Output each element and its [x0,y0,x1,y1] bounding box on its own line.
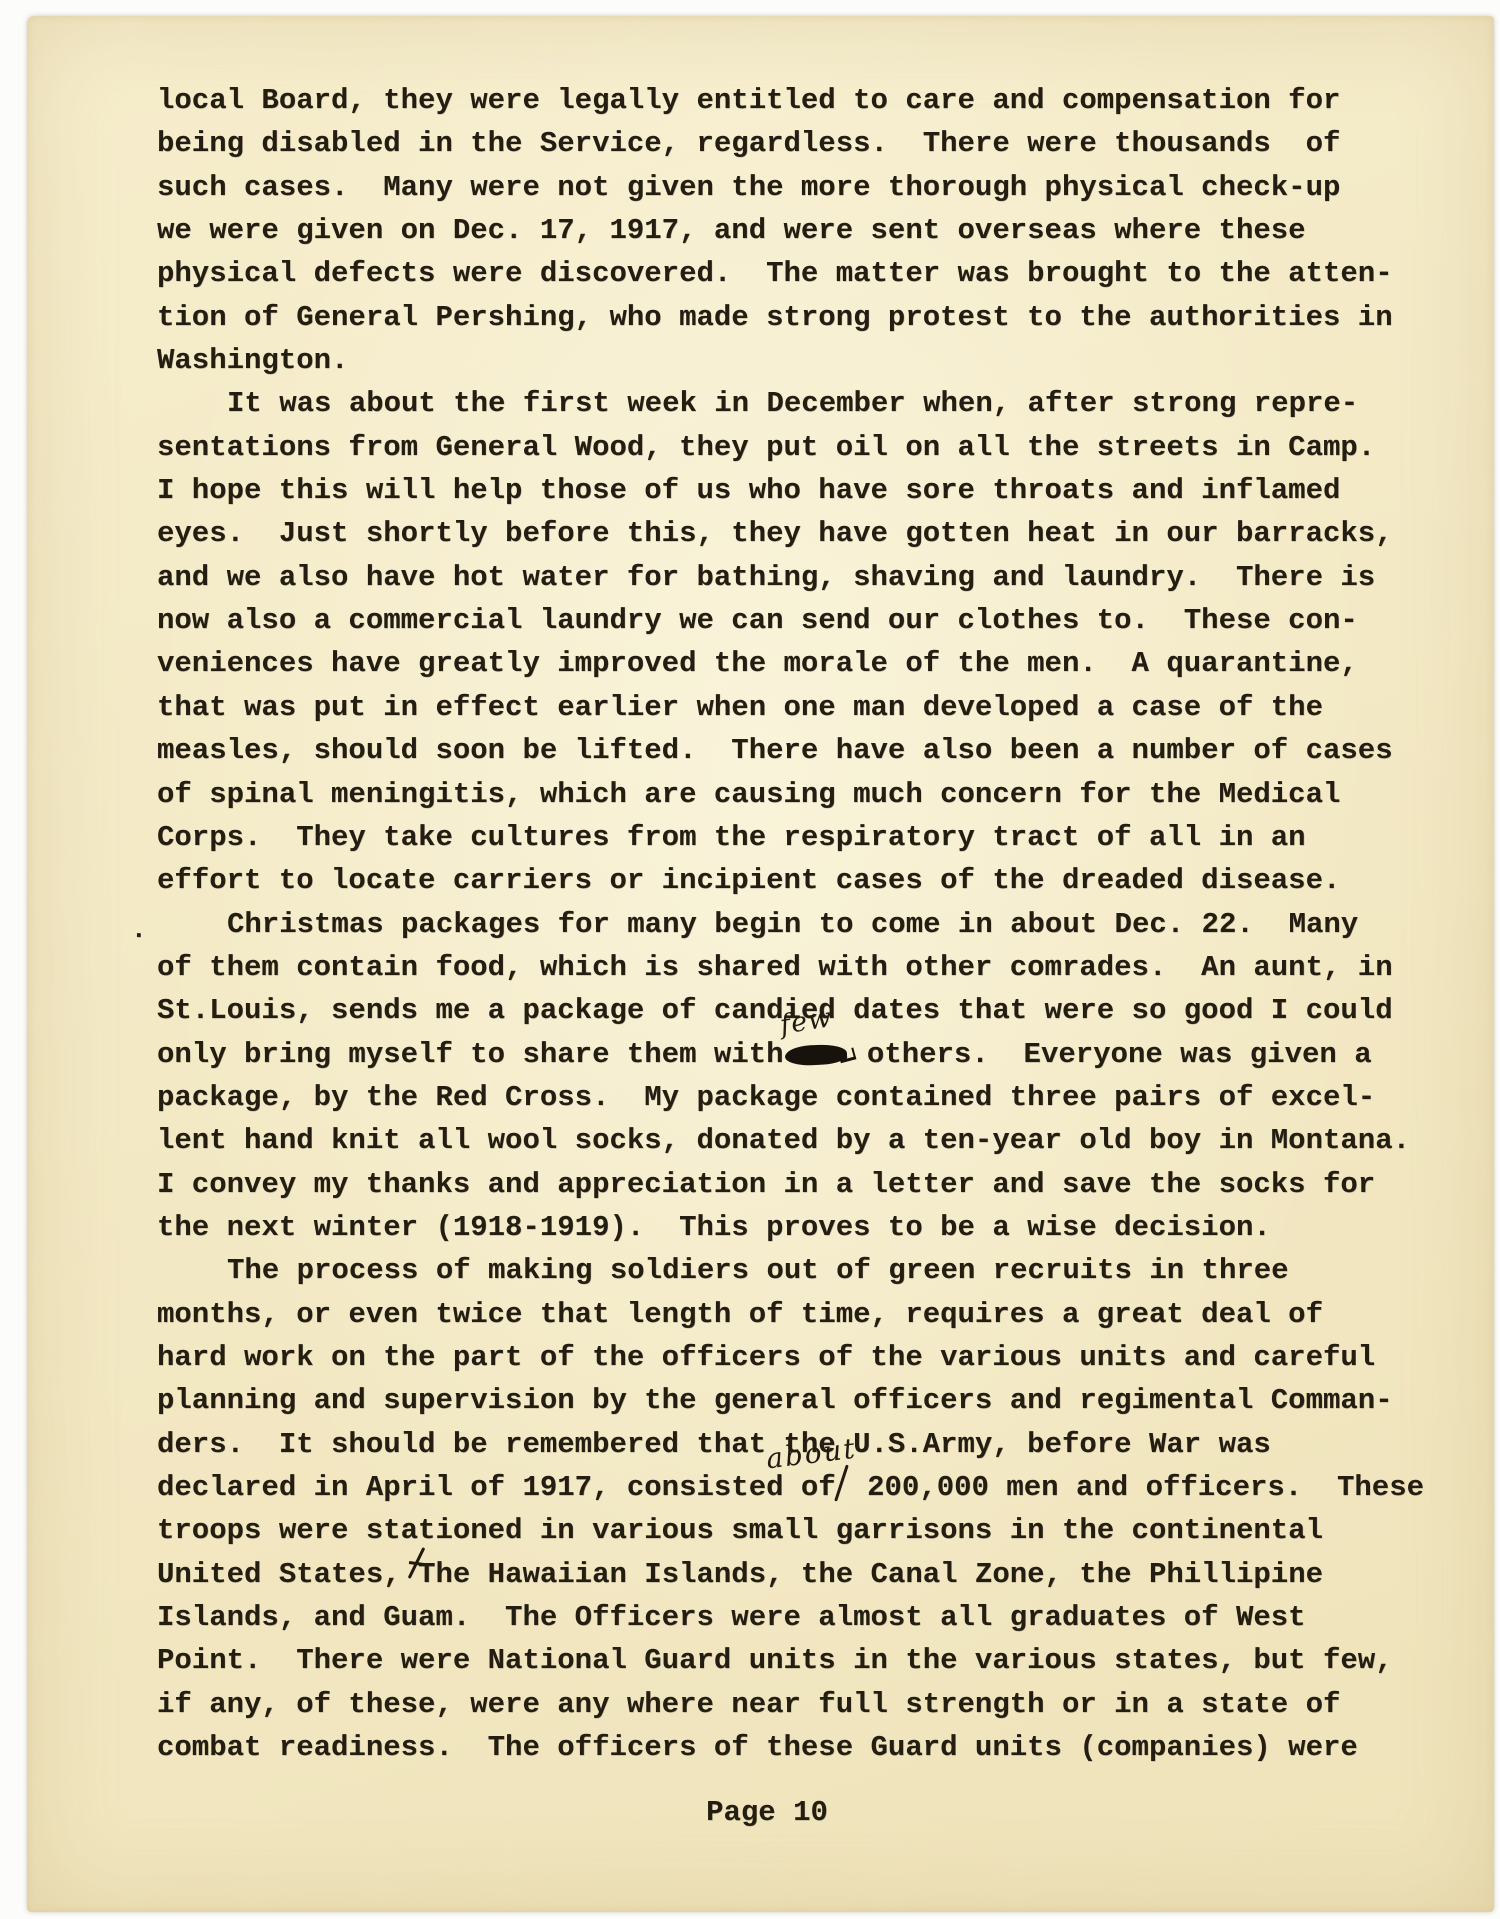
text-line: measles, should soon be lifted. There ha… [157,729,1457,772]
handwritten-correction-the: The [418,1553,470,1596]
text-line: sentations from General Wood, they put o… [157,426,1457,469]
text-line: physical defects were discovered. The ma… [157,252,1457,295]
text-line: combat readiness. The officers of these … [157,1726,1457,1769]
text-line: I convey my thanks and appreciation in a… [157,1163,1457,1206]
text-line: being disabled in the Service, regardles… [157,122,1457,165]
stray-ink-mark: . [131,909,147,952]
text-line: It was about the first week in December … [157,382,1457,425]
text-line: Islands, and Guam. The Officers were alm… [157,1596,1457,1639]
text-line: if any, of these, were any where near fu… [157,1683,1457,1726]
text-line: the next winter (1918-1919). This proves… [157,1206,1457,1249]
text-line: troops were stationed in various small g… [157,1509,1457,1552]
paper-page: local Board, they were legally entitled … [27,16,1494,1912]
text-line: that was put in effect earlier when one … [157,686,1457,729]
text-line: Point. There were National Guard units i… [157,1639,1457,1682]
text-line: tion of General Pershing, who made stron… [157,296,1457,339]
text-line: we were given on Dec. 17, 1917, and were… [157,209,1457,252]
handwritten-insertion: about [836,1466,850,1495]
scan-background: local Board, they were legally entitled … [0,0,1500,1919]
text-line: United States, The Hawaiian Islands, the… [157,1553,1457,1596]
text-line: .Christmas packages for many begin to co… [157,903,1457,946]
typewritten-text: local Board, they were legally entitled … [157,79,1457,1835]
text-line: lent hand knit all wool socks, donated b… [157,1119,1457,1162]
text-line: months, or even twice that length of tim… [157,1293,1457,1336]
text-line: Washington. [157,339,1457,382]
handwritten-few-annotation: few [776,996,834,1047]
text-line: Corps. They take cultures from the respi… [157,816,1457,859]
text-lines: local Board, they were legally entitled … [157,79,1457,1769]
text-line: veniences have greatly improved the mora… [157,642,1457,685]
text-line: now also a commercial laundry we can sen… [157,599,1457,642]
scribbled-out-word: few [784,1033,850,1062]
text-line: of them contain food, which is shared wi… [157,946,1457,989]
text-line: The process of making soldiers out of gr… [157,1249,1457,1292]
text-line: such cases. Many were not given the more… [157,166,1457,209]
ink-scribble [784,1043,847,1066]
text-line: package, by the Red Cross. My package co… [157,1076,1457,1119]
page-number: Page 10 [157,1791,1377,1834]
text-line: only bring myself to share them withfew … [157,1033,1457,1076]
text-line: declared in April of 1917, consisted ofa… [157,1466,1457,1509]
text-line: effort to locate carriers or incipient c… [157,859,1457,902]
text-line: and we also have hot water for bathing, … [157,556,1457,599]
text-line: planning and supervision by the general … [157,1379,1457,1422]
text-line: local Board, they were legally entitled … [157,79,1457,122]
text-line: I hope this will help those of us who ha… [157,469,1457,512]
text-line: of spinal meningitis, which are causing … [157,773,1457,816]
text-line: eyes. Just shortly before this, they hav… [157,512,1457,555]
text-line: hard work on the part of the officers of… [157,1336,1457,1379]
